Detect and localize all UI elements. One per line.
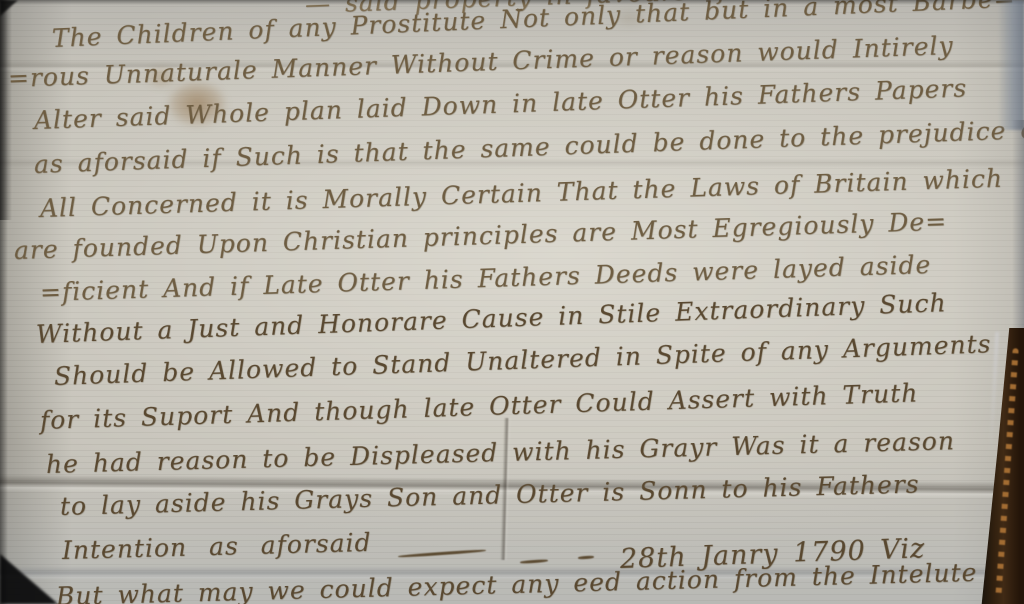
photo-corner-shadow: [0, 0, 18, 16]
manuscript-photo: — said property in favours of The Childr…: [0, 0, 1024, 604]
photo-edge-shadow: [1012, 120, 1024, 335]
photo-corner-shadow: [0, 554, 58, 604]
paper-edge-highlight: [998, 0, 1024, 130]
flourish-dash: [578, 555, 594, 559]
flourish-dash: [520, 559, 548, 564]
handwritten-line: to lay aside his Grays Son and Otter is …: [60, 469, 920, 520]
flourish-dash: [398, 549, 486, 558]
handwritten-line: But what may we could expect any eed act…: [56, 558, 978, 604]
handwritten-line: he had reason to be Displeased with his …: [46, 426, 956, 479]
photo-edge-shadow: [0, 0, 12, 220]
handwritten-line: Intention as aforsaid: [62, 528, 372, 565]
photo-edge-shadow: [0, 0, 1024, 5]
